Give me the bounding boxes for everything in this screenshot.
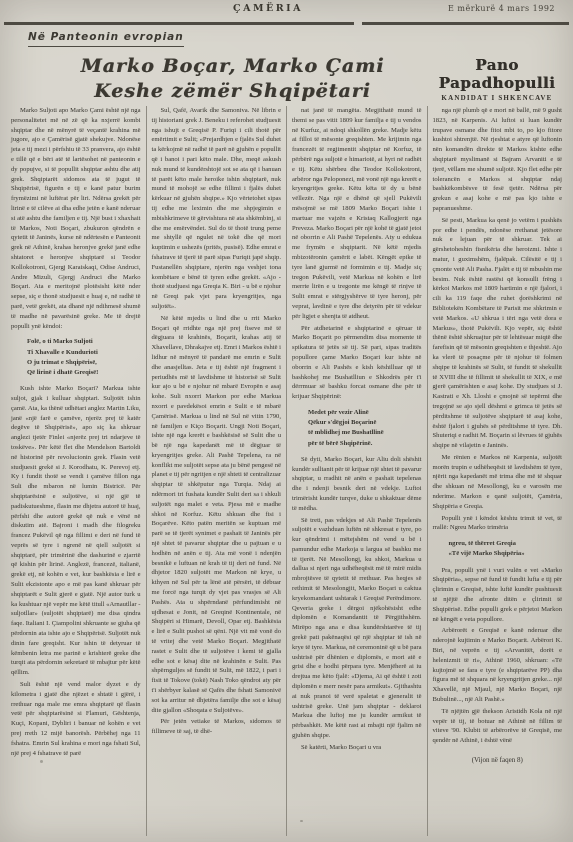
- byline-box: Pano Papadhopulli KANDIDAT I SHKENCAVE: [424, 56, 570, 102]
- article-paragraph: Së pesti, Markua ka qenë jo vetëm i push…: [433, 216, 563, 451]
- newspaper-page: ÇAMËRIA E mërkurë 4 mars 1992 Në Panteon…: [0, 0, 573, 842]
- headline-line-1: Marko Boçar, Marko Çami: [45, 54, 420, 79]
- masthead: ÇAMËRIA E mërkurë 4 mars 1992: [0, 3, 573, 21]
- article-paragraph: Suli është një vend malor dyzet e dy kil…: [11, 680, 141, 758]
- paper-title: ÇAMËRIA: [208, 3, 328, 14]
- verse-line: Qëkur s'dëgjoi Boçarinë: [308, 418, 422, 428]
- article-body: Marko Suljoti apo Marko Çami është një n…: [6, 106, 567, 836]
- article-paragraph: Kush ishte Marko Boçari? Markua ishte su…: [11, 384, 141, 678]
- verse-line: Medet për vezir Alinë: [308, 408, 422, 418]
- article-paragraph: Populli ynë i këndoi kështu trimit të ve…: [433, 514, 563, 534]
- byline-author-name: Pano Papadhopulli: [424, 56, 570, 92]
- article-paragraph: Marko Suljoti apo Marko Çami është një n…: [11, 106, 141, 331]
- date-line: E mërkurë 4 mars 1992: [448, 4, 555, 13]
- verse-line: Që lirinë i dhatë Greqisë!: [27, 368, 141, 378]
- verse-line: ngreu, të thërret Greqia: [449, 539, 563, 549]
- article-paragraph: Së dyti, Marko Boçari, kur Aliu doli shë…: [292, 455, 422, 514]
- article-paragraph: Me rënien e Markos në Karpenia, suljotët…: [433, 453, 563, 512]
- article-verse: Folë, o ti Marko SuljotiTi Xhavalle e Ku…: [27, 337, 141, 378]
- verse-line: O ju trimat e Shqipërisë,: [27, 358, 141, 368]
- article-column-3: nat janë të mangëta. Megjithatë mund të …: [287, 106, 428, 836]
- verse-line: Ti Xhavalle e Kundurioti: [27, 348, 141, 358]
- article-paragraph: nga një plumb që e mori në ballë, më 9 g…: [433, 106, 563, 214]
- masthead-rule: [0, 22, 573, 25]
- article-paragraph: nat janë të mangëta. Megjithatë mund të …: [292, 106, 422, 322]
- paper-speck: [520, 300, 522, 302]
- article-paragraph: Për atdhetarinë e shqiptarinë e qëruar t…: [292, 324, 422, 402]
- verse-line: për të bërë Shqipërinë.: [308, 439, 422, 449]
- headline-line-2: Keshe zëmër Shqipëtari: [45, 79, 420, 104]
- article-kicker: Në Panteonin evropian: [28, 31, 184, 47]
- article-column-4: nga një plumb që e mori në ballë, më 9 g…: [428, 106, 568, 836]
- verse-line: të mblidhej me Bushatllinë: [308, 428, 422, 438]
- article-headline: Marko Boçar, Marko Çami Keshe zëmër Shqi…: [45, 54, 420, 104]
- article-paragraph: Pra, populli ynë i vuri vulën e vet «Mar…: [433, 566, 563, 625]
- masthead-rule-left: [4, 22, 354, 25]
- article-column-2: Sul, Qafë, Avarik dhe Samoniva. Në libri…: [147, 106, 288, 836]
- verse-line: Folë, o ti Marko Suljoti: [27, 337, 141, 347]
- article-paragraph: Së katërti, Marko Boçari u vra: [292, 743, 422, 753]
- verse-line: «Të vijë Marko Shqipëria»: [449, 549, 563, 559]
- continuation-note: (Vijon në faqen 8): [433, 756, 563, 766]
- article-verse: ngreu, të thërret Greqia«Të vijë Marko S…: [449, 539, 563, 559]
- masthead-rule-right: [362, 22, 569, 25]
- paper-speck: [40, 760, 43, 763]
- byline-author-title: KANDIDAT I SHKENCAVE: [424, 94, 570, 102]
- paper-speck: [300, 820, 303, 822]
- article-verse: Medet për vezir AlinëQëkur s'dëgjoi Boça…: [308, 408, 422, 449]
- article-paragraph: Arbërorët e Greqisë e kanë nderuar dhe n…: [433, 626, 563, 704]
- article-column-1: Marko Suljoti apo Marko Çami është një n…: [6, 106, 147, 836]
- article-paragraph: Sul, Qafë, Avarik dhe Samoniva. Në libri…: [152, 106, 282, 312]
- article-paragraph: Së treti, pas vdekjes së Ali Pashë Tepel…: [292, 516, 422, 741]
- article-paragraph: Në këtë mjedis u lind dhe u rrit Marko B…: [152, 314, 282, 716]
- article-paragraph: Për jetën vetiake të Markos, sidomos të …: [152, 717, 282, 737]
- article-paragraph: Të njëjtën gjë thekson Aristidh Kola në …: [433, 707, 563, 746]
